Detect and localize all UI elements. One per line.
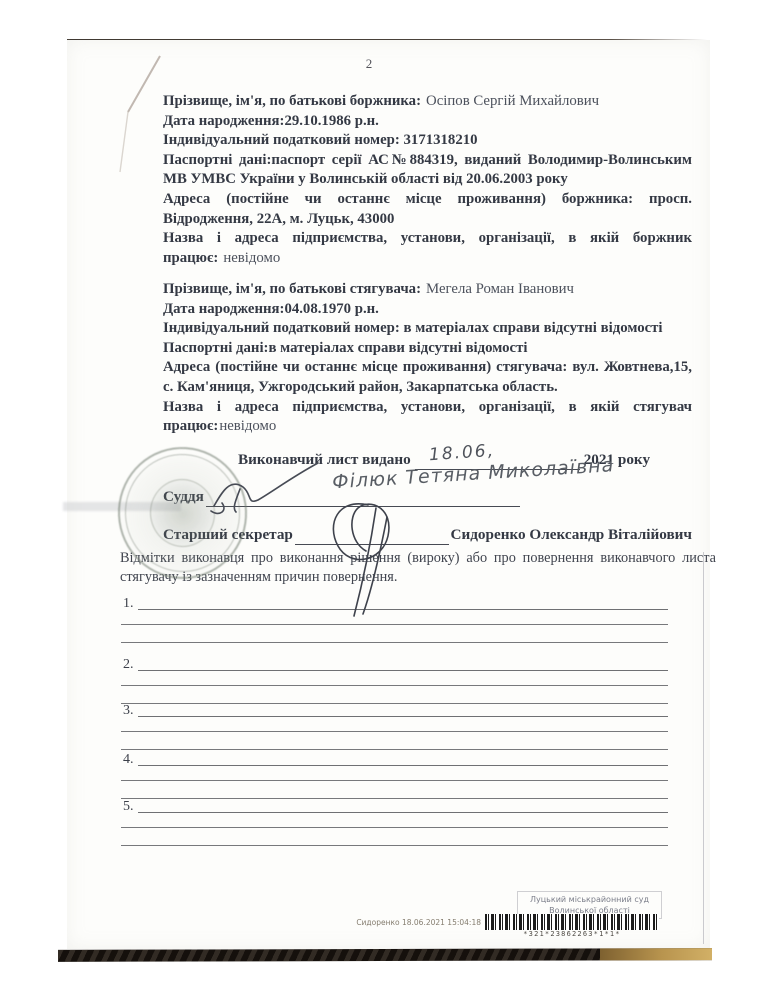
blank-line — [138, 765, 668, 766]
debtor-name-value: Осіпов Сергій Михайлович — [426, 93, 599, 109]
blank-line — [138, 670, 668, 671]
court-name-line1: Луцький міськрайонний суд — [518, 894, 661, 905]
secretary-name: Сидоренко Олександр Віталійович — [451, 525, 692, 545]
right-margin-guide-line — [703, 552, 704, 944]
digital-signing-info: Сидоренко 18.06.2021 15:04:18 — [339, 918, 481, 927]
blank-line — [138, 716, 668, 717]
scan-edge-bottom — [58, 948, 712, 962]
blank-line — [121, 624, 668, 625]
barcode — [485, 914, 659, 930]
claimant-section: Прізвище, ім'я, по батькові стягувача:Ме… — [163, 280, 692, 437]
claimant-birth-line: Дата народження:04.08.1970 р.н. — [163, 300, 692, 320]
debtor-employer-value: невідомо — [223, 250, 280, 266]
debtor-birth-line: Дата народження:29.10.1986 р.н. — [163, 112, 692, 132]
mark-entry-number: 1. — [123, 596, 134, 612]
blank-line — [121, 780, 668, 781]
blank-line — [138, 609, 668, 610]
mark-entry-number: 2. — [123, 657, 134, 673]
mark-entry-1: 1. — [123, 596, 668, 654]
issuance-label: Виконавчий лист видано — [238, 450, 411, 470]
page-number: 2 — [357, 56, 381, 72]
claimant-employer-line: Назва і адреса підприємства, установи, о… — [163, 398, 692, 437]
mark-entry-number: 5. — [123, 799, 134, 815]
debtor-passport-line: Паспортні дані:паспорт серії АС№884319, … — [163, 151, 692, 190]
claimant-employer-value: невідомо — [219, 418, 276, 434]
debtor-address-line: Адреса (постійне чи останнє місце прожив… — [163, 190, 692, 229]
debtor-section: Прізвище, ім'я, по батькові боржника:Осі… — [163, 92, 692, 268]
blank-line — [138, 812, 668, 813]
blank-line — [121, 731, 668, 732]
blank-line — [121, 845, 668, 846]
mark-entry-5: 5. — [123, 799, 668, 857]
debtor-name-label: Прізвище, ім'я, по батькові боржника: — [163, 93, 421, 109]
debtor-name-line: Прізвище, ім'я, по батькові боржника:Осі… — [163, 92, 692, 112]
blank-line — [121, 685, 668, 686]
debtor-employer-line: Назва і адреса підприємства, установи, о… — [163, 229, 692, 268]
scan-edge-bottom-tan — [600, 948, 712, 960]
mark-entry-number: 3. — [123, 703, 134, 719]
blank-line — [121, 827, 668, 828]
judge-signature-blank — [206, 490, 520, 507]
blank-line — [121, 642, 668, 643]
debtor-tax-line: Індивідуальний податковий номер: 3171318… — [163, 131, 692, 151]
claimant-passport-line: Паспортні дані:в матеріалах справи відсу… — [163, 339, 692, 359]
claimant-name-label: Прізвище, ім'я, по батькові стягувача: — [163, 281, 421, 297]
claimant-tax-line: Індивідуальний податковий номер: в матер… — [163, 319, 692, 339]
claimant-address-line: Адреса (постійне чи останнє місце прожив… — [163, 358, 692, 397]
scanned-document-screenshot: { "document": { "page_number": "2", "deb… — [0, 0, 773, 1000]
document-sheet: 2 Прізвище, ім'я, по батькові боржника:О… — [67, 40, 710, 949]
barcode-text: *321*23862263*1*1* — [485, 930, 659, 938]
claimant-name-line: Прізвище, ім'я, по батькові стягувача:Ме… — [163, 280, 692, 300]
secretary-signature-blank — [295, 528, 449, 545]
claimant-name-value: Мегела Роман Іванович — [426, 281, 574, 297]
mark-entry-number: 4. — [123, 752, 134, 768]
blank-line — [121, 749, 668, 750]
